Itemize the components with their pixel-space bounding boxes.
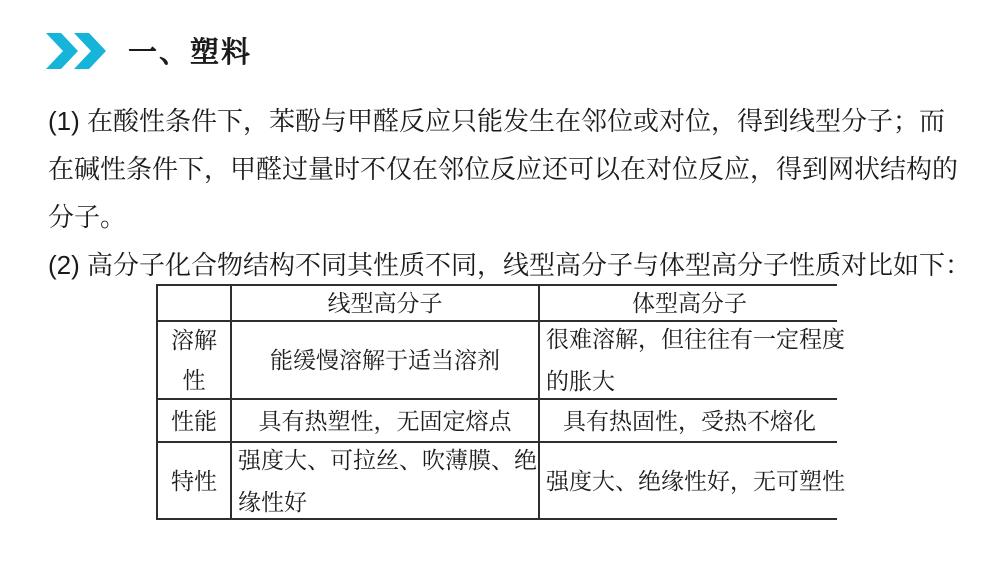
table-header-network-polymer: 体型高分子 bbox=[540, 286, 839, 320]
paragraph-1-line-1: (1) 在酸性条件下，苯酚与甲醛反应只能发生在邻位或对位，得到线型分子；而 bbox=[48, 97, 971, 145]
table-cell-characteristics-network: 强度大、绝缘性好，无可塑性 bbox=[540, 443, 839, 518]
paragraph-1-line-3: 分子。 bbox=[48, 193, 971, 241]
chevron-shape-1 bbox=[46, 33, 78, 69]
table-cell-solubility-network: 很难溶解，但往往有一定程度 的胀大 bbox=[540, 322, 839, 398]
table-row-label-performance: 性能 bbox=[158, 400, 230, 441]
table-header-blank bbox=[158, 286, 230, 320]
paragraph-2-line-1: (2) 高分子化合物结构不同其性质不同，线型高分子与体型高分子性质对比如下： bbox=[48, 241, 971, 289]
table-cell-solubility-linear: 能缓慢溶解于适当溶剂 bbox=[232, 322, 538, 398]
table-cell-performance-network: 具有热固性，受热不熔化 bbox=[540, 400, 839, 441]
table-row-label-characteristics: 特性 bbox=[158, 443, 230, 518]
table-cell-characteristics-linear: 强度大、可拉丝、吹薄膜、绝 缘性好 bbox=[232, 443, 538, 518]
slide-header: 一、塑料 bbox=[46, 30, 252, 71]
body-text: (1) 在酸性条件下，苯酚与甲醛反应只能发生在邻位或对位，得到线型分子；而 在碱… bbox=[48, 97, 971, 289]
double-chevron-right-icon bbox=[46, 32, 108, 70]
chevron-shape-2 bbox=[74, 33, 106, 69]
table-cell-performance-linear: 具有热塑性，无固定熔点 bbox=[232, 400, 538, 441]
table-header-linear-polymer: 线型高分子 bbox=[232, 286, 538, 320]
table-row-label-solubility: 溶解 性 bbox=[158, 322, 230, 398]
comparison-table: 线型高分子 体型高分子 溶解 性 能缓慢溶解于适当溶剂 很难溶解，但往往有一定程… bbox=[156, 284, 837, 520]
paragraph-1-line-2: 在碱性条件下，甲醛过量时不仅在邻位反应还可以在对位反应，得到网状结构的 bbox=[48, 145, 971, 193]
page-title: 一、塑料 bbox=[128, 30, 252, 71]
